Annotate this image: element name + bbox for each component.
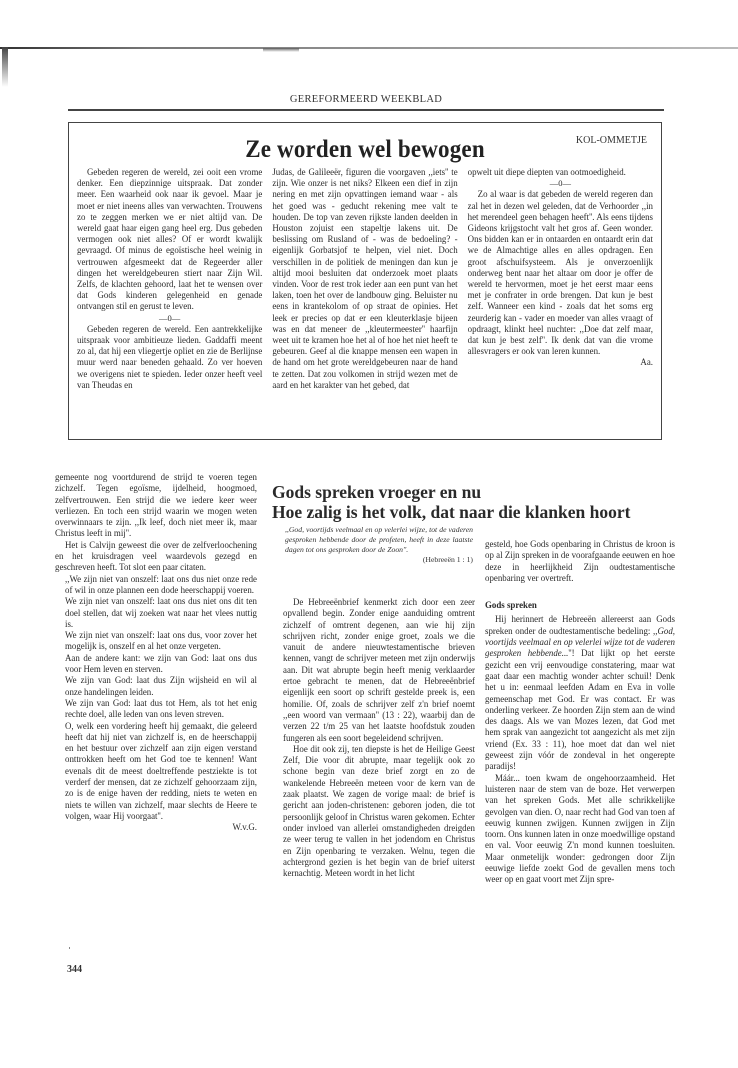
kolommetje-columns: Gebeden regeren de wereld, zei ooit een … — [77, 167, 653, 391]
paragraph: De Hebreeënbrief kenmerkt zich door een … — [283, 597, 475, 744]
epigraph-reference: (Hebreeën 1 : 1) — [285, 555, 473, 565]
article-column-middle: De Hebreeënbrief kenmerkt zich door een … — [283, 597, 475, 879]
signature: W.v.G. — [55, 822, 257, 833]
subheading: Gods spreken — [485, 600, 675, 611]
separator: —0— — [77, 313, 262, 324]
article-column-right: gesteld, hoe Gods openbaring in Christus… — [485, 539, 675, 886]
paragraph: Het is Calvijn geweest die over de zelfv… — [55, 540, 257, 574]
page-number: 344 — [67, 964, 82, 975]
quote: We zijn niet van onszelf: laat ons dus, … — [55, 630, 257, 653]
paragraph: gemeente nog voortdurend de strijd te vo… — [55, 472, 257, 540]
epigraph-text: ,,God, voortijds veelmaal en op velerlei… — [285, 525, 473, 555]
masthead: GEREFORMEERD WEEKBLAD — [68, 94, 664, 105]
quote: Aan de andere kant: we zijn van God: laa… — [55, 653, 257, 676]
left-article-continued: gemeente nog voortdurend de strijd te vo… — [55, 472, 257, 834]
scan-corner-shadow — [2, 47, 8, 87]
paragraph: Gebeden regeren de wereld, zei ooit een … — [77, 167, 262, 313]
quote: We zijn niet van onszelf: laat ons dus n… — [55, 596, 257, 630]
article-headline: Gods spreken vroeger en nu Hoe zalig is … — [272, 482, 692, 522]
text: ''! Dat lijkt op het eerste gezicht een … — [485, 648, 675, 771]
kolommetje-title: Ze worden wel bewogen — [93, 136, 638, 164]
paragraph: gesteld, hoe Gods openbaring in Christus… — [485, 539, 675, 584]
signature: Aa. — [468, 357, 653, 368]
kolommetje-box: Ze worden wel bewogen KOL-OMMETJE Gebede… — [68, 122, 662, 440]
kolommetje-column-3: opwelt uit diepe diepten van ootmoedighe… — [468, 167, 653, 391]
scan-smudge — [263, 48, 299, 52]
quote: O, welk een vordering heeft hij gemaakt,… — [55, 721, 257, 823]
headline-line-2: Hoe zalig is het volk, dat naar die klan… — [272, 502, 692, 522]
separator: —0— — [468, 178, 653, 189]
headline-line-1: Gods spreken vroeger en nu — [272, 482, 692, 502]
paragraph: opwelt uit diepe diepten van ootmoedighe… — [468, 167, 653, 178]
kolommetje-kicker: KOL-OMMETJE — [576, 135, 647, 146]
paragraph: Judas, de Galileeër, figuren die voorgav… — [272, 167, 457, 391]
masthead-rule — [68, 109, 664, 111]
paragraph: Máár... toen kwam de ongehoorzaamheid. H… — [485, 773, 675, 886]
kolommetje-column-2: Judas, de Galileeër, figuren die voorgav… — [272, 167, 457, 391]
epigraph: ,,God, voortijds veelmaal en op velerlei… — [285, 525, 473, 565]
paragraph: Zo al waar is dat gebeden de wereld rege… — [468, 189, 653, 357]
quote: We zijn van God: laat dus tot Hem, als t… — [55, 698, 257, 721]
calvin-quotes: ,,We zijn niet van onszelf: laat ons dus… — [55, 574, 257, 823]
scan-speck — [69, 947, 70, 949]
paragraph: Hij herinnert de Hebreeën allereerst aan… — [485, 614, 675, 772]
text: Hij herinnert de Hebreeën allereerst aan… — [485, 614, 675, 635]
kolommetje-column-1: Gebeden regeren de wereld, zei ooit een … — [77, 167, 262, 391]
quote: We zijn van God: laat dus Zijn wijsheid … — [55, 675, 257, 698]
quote: ,,We zijn niet van onszelf: laat ons dus… — [55, 574, 257, 597]
paragraph: Gebeden regeren de wereld. Een aantrekke… — [77, 324, 262, 391]
paragraph: Hoe dit ook zij, ten diepste is het de H… — [283, 744, 475, 880]
scan-edge — [0, 47, 738, 49]
